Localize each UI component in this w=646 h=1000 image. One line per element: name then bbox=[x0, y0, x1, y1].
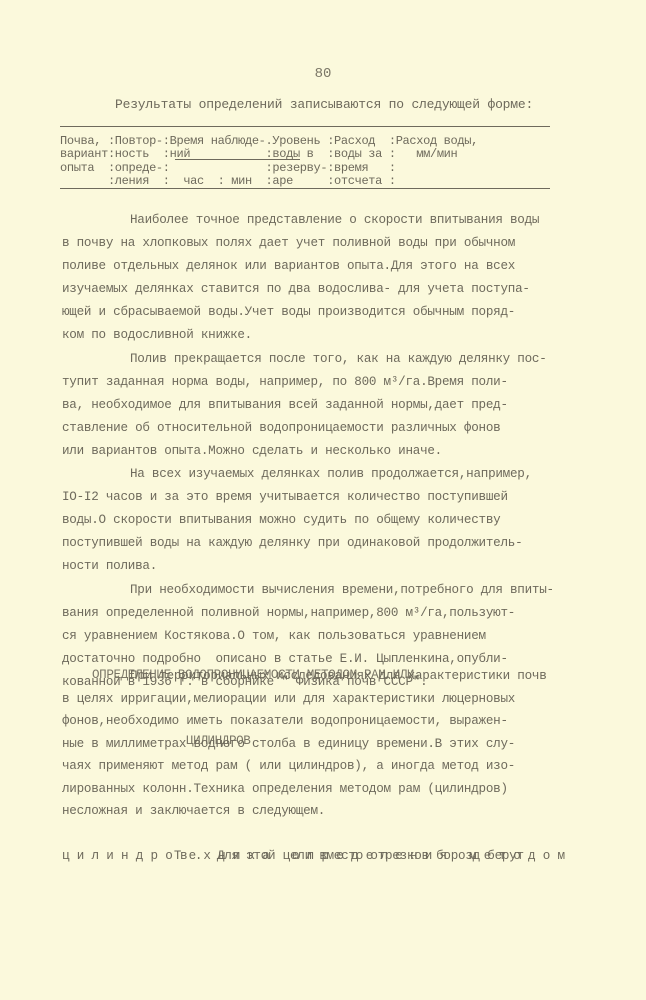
text-line: в целях ирригации,мелиорации или для хар… bbox=[62, 688, 582, 711]
text-line: лированных колонн.Техника определения ме… bbox=[62, 778, 582, 801]
text-line: Наиболее точное представление о скорости… bbox=[62, 209, 582, 232]
table-row: :ления : час : мин :аре :отсчета : bbox=[60, 175, 396, 187]
text-line: ва, необходимое для впитывания всей зада… bbox=[62, 394, 582, 417]
text-line: фонов,необходимо иметь показатели водопр… bbox=[62, 710, 582, 733]
table-row: опыта :опреде-: :резерву-:время : bbox=[60, 162, 396, 174]
table-top-rule bbox=[60, 126, 550, 127]
text-line: ком по водосливной книжке. bbox=[62, 324, 582, 347]
intro-sentence: Результаты определений записываются по с… bbox=[115, 97, 533, 112]
text-line: ные в миллиметрах водного столба в едини… bbox=[62, 733, 582, 756]
text-line: чаях применяют метод рам ( или цилиндров… bbox=[62, 755, 582, 778]
text-line: в почву на хлопковых полях дает учет пол… bbox=[62, 232, 582, 255]
text-line: изучаемых делянках ставится по два водос… bbox=[62, 278, 582, 301]
text-line: При территориальных исследованиях для ха… bbox=[62, 665, 582, 688]
table-bottom-rule bbox=[60, 188, 550, 189]
text-line: поливе отдельных делянок или вариантов о… bbox=[62, 255, 582, 278]
text-line: Полив прекращается после того, как на ка… bbox=[62, 348, 582, 371]
text-line: ющей и сбрасываемой воды.Учет воды произ… bbox=[62, 301, 582, 324]
table-row: Почва, :Повтор-:Время наблюде-.Уровень :… bbox=[60, 135, 478, 147]
text-line: ставление об относительной водопроницаем… bbox=[62, 417, 582, 440]
page-number: 80 bbox=[0, 66, 646, 82]
text-line: Техника определения методом bbox=[62, 823, 582, 846]
text-line: На всех изучаемых делянках полив продолж… bbox=[62, 463, 582, 486]
text-line: цилиндров. Для этой цели вместо отрезков… bbox=[62, 845, 582, 868]
text-line: поступившей воды на каждую делянку при о… bbox=[62, 532, 582, 555]
table-subheader-rule bbox=[175, 159, 300, 160]
spaced-emphasis: цилиндров. bbox=[62, 849, 210, 863]
text-line: ности полива. bbox=[62, 555, 582, 578]
text-line: IO-I2 часов и за это время учитывается к… bbox=[62, 486, 582, 509]
text-line: несложная и заключается в следующем. bbox=[62, 800, 582, 823]
document-page: 80 Результаты определений записываются п… bbox=[0, 0, 646, 1000]
text-line: воды.О скорости впитывания можно судить … bbox=[62, 509, 582, 532]
body-section-2: При территориальных исследованиях для ха… bbox=[62, 665, 582, 868]
text-line: тупит заданная норма воды, например, по … bbox=[62, 371, 582, 394]
text-line: или вариантов опыта.Можно сделать и неск… bbox=[62, 440, 582, 463]
text-line: При необходимости вычисления времени,пот… bbox=[62, 579, 582, 602]
text-run: Для этой цели вместо отрезков борозд бер… bbox=[210, 849, 524, 863]
